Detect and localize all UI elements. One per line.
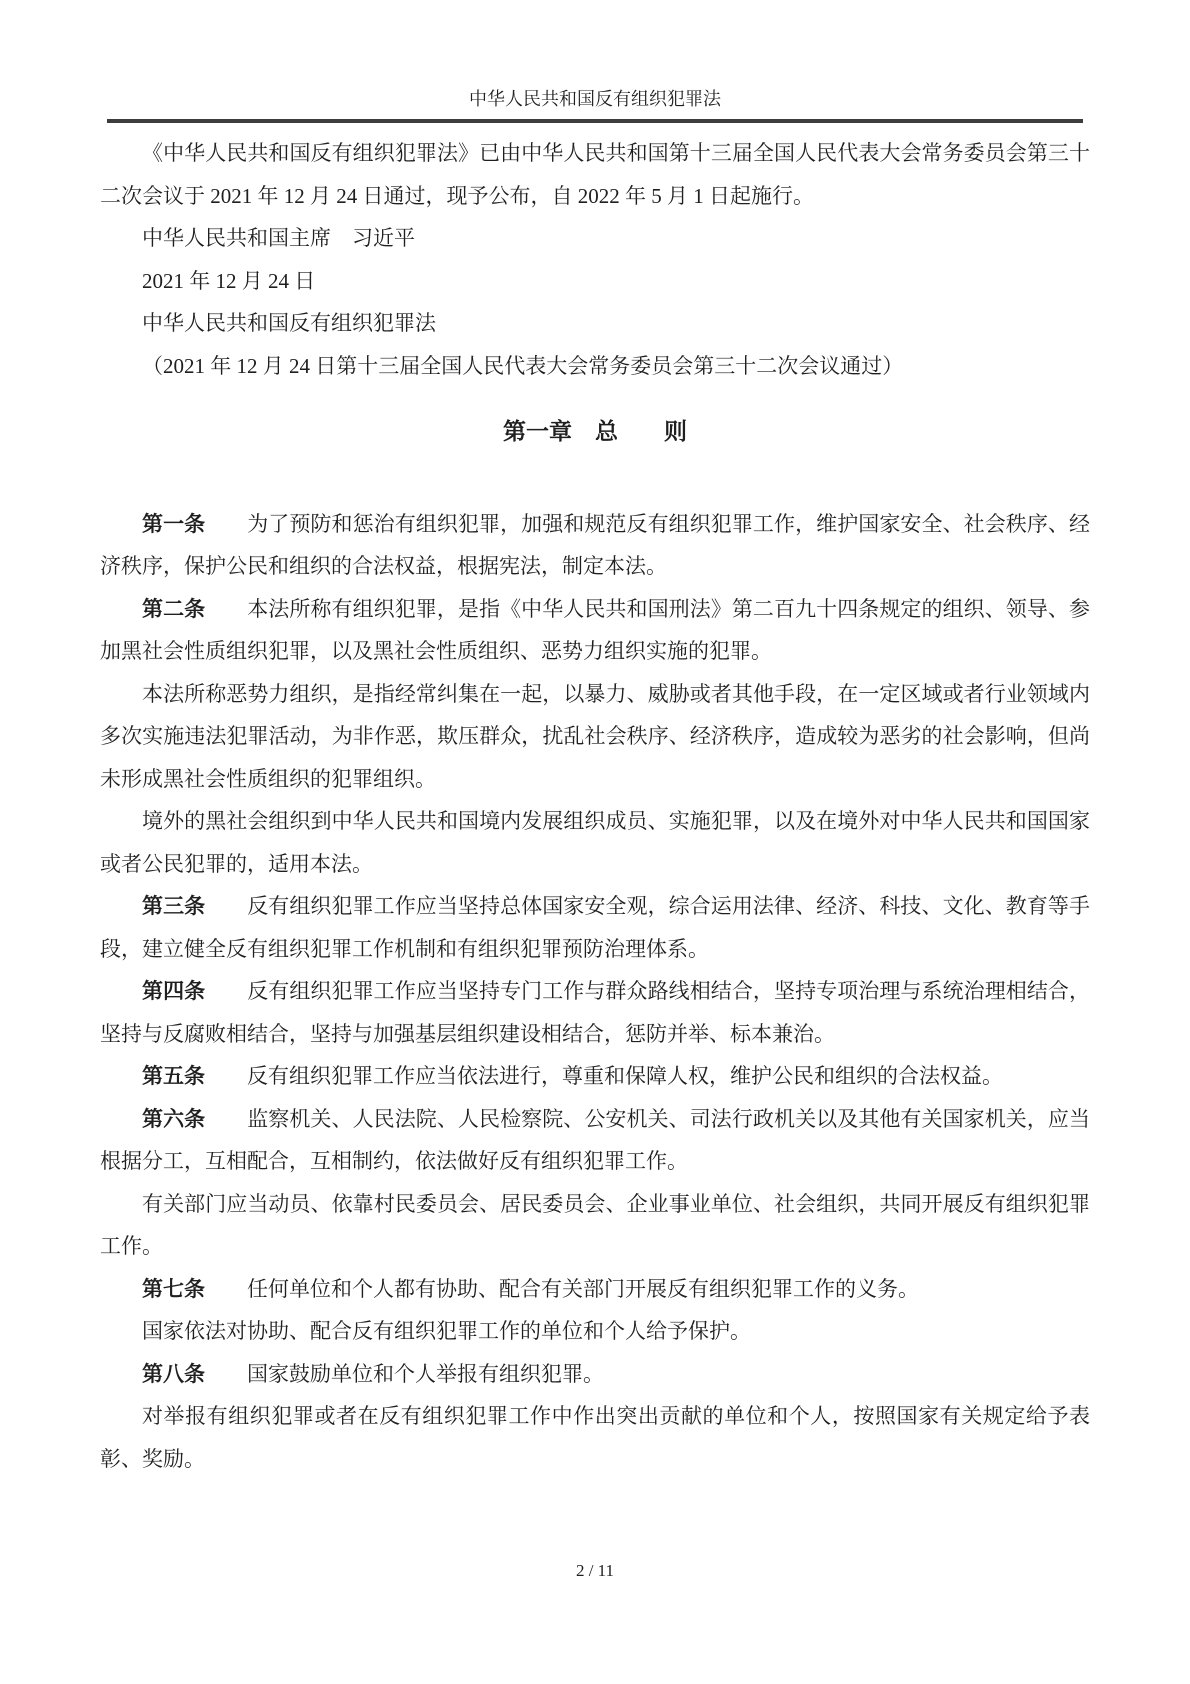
preamble-paragraph: 中华人民共和国主席 习近平 — [100, 217, 1090, 260]
article-text: 任何单位和个人都有协助、配合有关部门开展反有组织犯罪工作的义务。 — [247, 1277, 919, 1301]
document-body: 《中华人民共和国反有组织犯罪法》已由中华人民共和国第十三届全国人民代表大会常务委… — [100, 132, 1090, 1480]
body-paragraph: 对举报有组织犯罪或者在反有组织犯罪工作中作出突出贡献的单位和个人，按照国家有关规… — [100, 1395, 1090, 1480]
header-rule — [107, 119, 1083, 123]
article-paragraph: 第四条反有组织犯罪工作应当坚持专门工作与群众路线相结合，坚持专项治理与系统治理相… — [100, 970, 1090, 1055]
article-label: 第七条 — [142, 1277, 205, 1301]
article-text: 为了预防和惩治有组织犯罪，加强和规范反有组织犯罪工作，维护国家安全、社会秩序、经… — [100, 512, 1090, 579]
page-header-title: 中华人民共和国反有组织犯罪法 — [0, 88, 1190, 110]
article-label: 第三条 — [142, 894, 205, 918]
preamble-paragraph: 《中华人民共和国反有组织犯罪法》已由中华人民共和国第十三届全国人民代表大会常务委… — [100, 132, 1090, 217]
preamble-paragraph: 2021 年 12 月 24 日 — [100, 260, 1090, 303]
article-label: 第八条 — [142, 1362, 205, 1386]
article-text: 本法所称有组织犯罪，是指《中华人民共和国刑法》第二百九十四条规定的组织、领导、参… — [100, 597, 1090, 664]
chapter-heading: 第一章 总 则 — [100, 411, 1090, 454]
article-text: 反有组织犯罪工作应当坚持专门工作与群众路线相结合，坚持专项治理与系统治理相结合，… — [100, 979, 1090, 1046]
article-label: 第二条 — [142, 597, 205, 621]
article-text: 监察机关、人民法院、人民检察院、公安机关、司法行政机关以及其他有关国家机关，应当… — [100, 1107, 1090, 1174]
article-paragraph: 第一条为了预防和惩治有组织犯罪，加强和规范反有组织犯罪工作，维护国家安全、社会秩… — [100, 503, 1090, 588]
article-text: 国家鼓励单位和个人举报有组织犯罪。 — [247, 1362, 604, 1386]
article-text: 反有组织犯罪工作应当坚持总体国家安全观，综合运用法律、经济、科技、文化、教育等手… — [100, 894, 1090, 961]
page-number: 2 / 11 — [0, 1560, 1190, 1582]
article-label: 第四条 — [142, 979, 205, 1003]
document-page: 中华人民共和国反有组织犯罪法 《中华人民共和国反有组织犯罪法》已由中华人民共和国… — [0, 0, 1190, 1684]
body-paragraph: 境外的黑社会组织到中华人民共和国境内发展组织成员、实施犯罪，以及在境外对中华人民… — [100, 800, 1090, 885]
body-paragraph: 有关部门应当动员、依靠村民委员会、居民委员会、企业事业单位、社会组织，共同开展反… — [100, 1183, 1090, 1268]
article-paragraph: 第七条任何单位和个人都有协助、配合有关部门开展反有组织犯罪工作的义务。 — [100, 1268, 1090, 1311]
article-paragraph: 第六条监察机关、人民法院、人民检察院、公安机关、司法行政机关以及其他有关国家机关… — [100, 1098, 1090, 1183]
article-label: 第六条 — [142, 1107, 205, 1131]
article-paragraph: 第五条反有组织犯罪工作应当依法进行，尊重和保障人权，维护公民和组织的合法权益。 — [100, 1055, 1090, 1098]
preamble-paragraph: 中华人民共和国反有组织犯罪法 — [100, 302, 1090, 345]
article-label: 第一条 — [142, 512, 205, 536]
article-text: 反有组织犯罪工作应当依法进行，尊重和保障人权，维护公民和组织的合法权益。 — [247, 1064, 1003, 1088]
article-label: 第五条 — [142, 1064, 205, 1088]
body-paragraph: 国家依法对协助、配合反有组织犯罪工作的单位和个人给予保护。 — [100, 1310, 1090, 1353]
article-paragraph: 第二条本法所称有组织犯罪，是指《中华人民共和国刑法》第二百九十四条规定的组织、领… — [100, 588, 1090, 673]
article-paragraph: 第三条反有组织犯罪工作应当坚持总体国家安全观，综合运用法律、经济、科技、文化、教… — [100, 885, 1090, 970]
article-paragraph: 第八条国家鼓励单位和个人举报有组织犯罪。 — [100, 1353, 1090, 1396]
preamble-paragraph: （2021 年 12 月 24 日第十三届全国人民代表大会常务委员会第三十二次会… — [100, 345, 1090, 388]
body-paragraph: 本法所称恶势力组织，是指经常纠集在一起，以暴力、威胁或者其他手段，在一定区域或者… — [100, 673, 1090, 801]
